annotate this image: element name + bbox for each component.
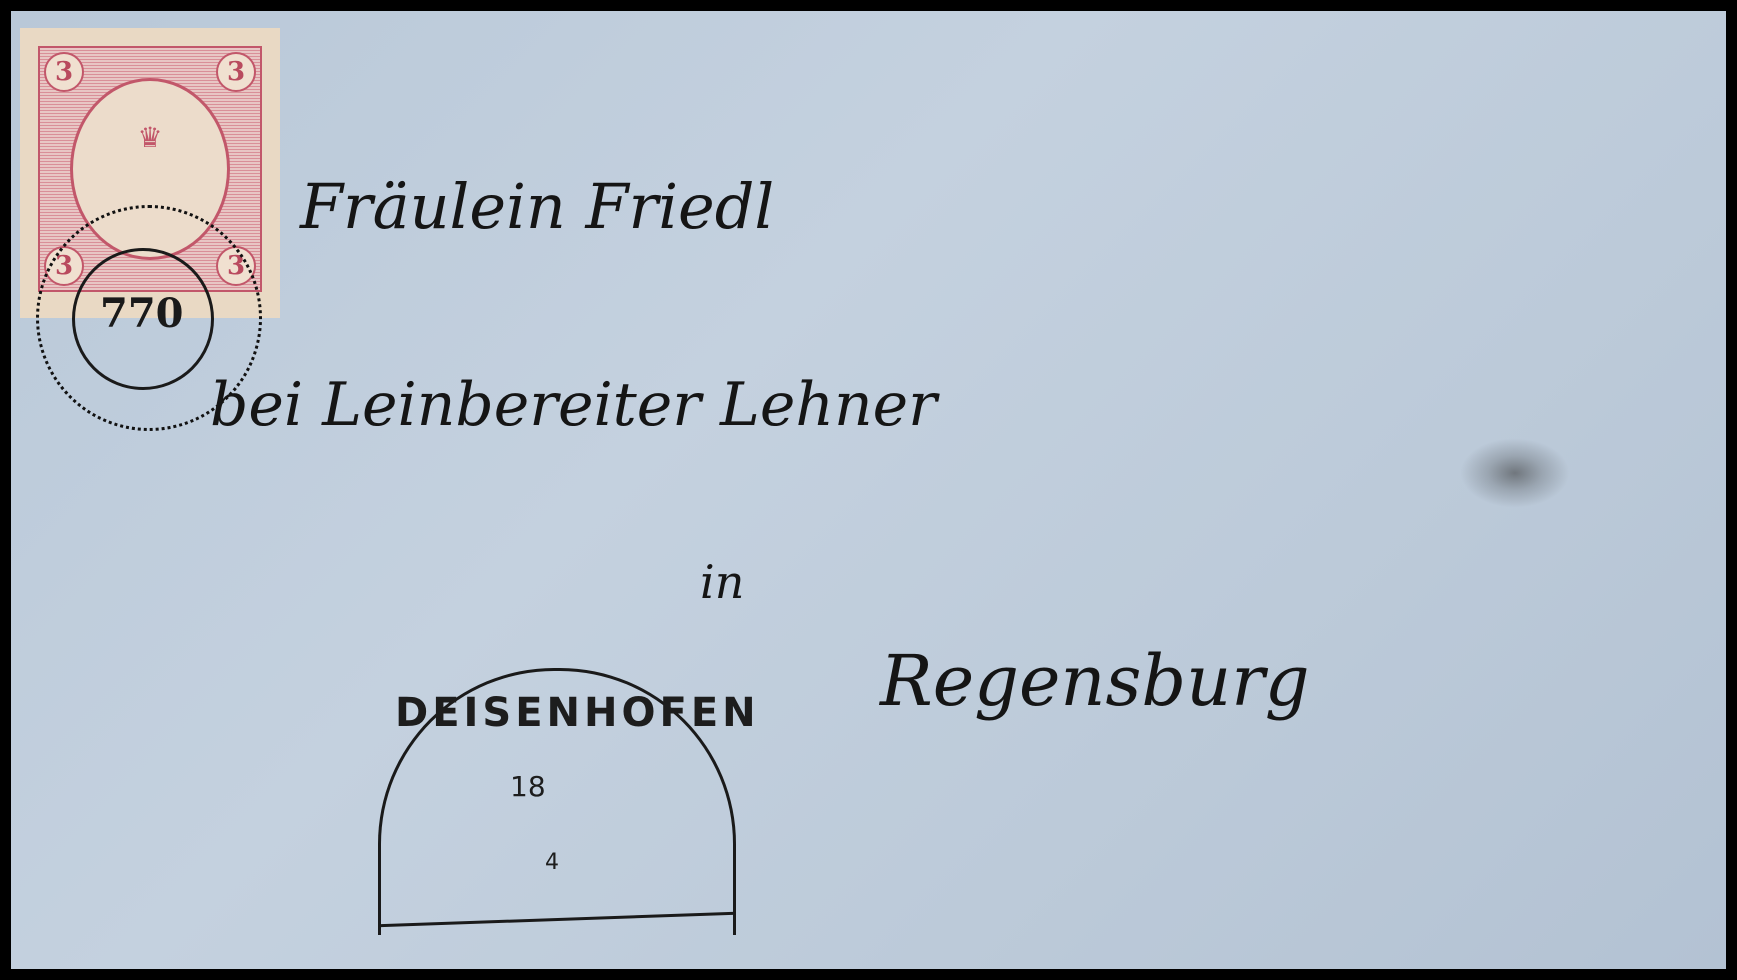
ink-smudge (1460, 438, 1570, 508)
crown-icon: ♛ (137, 121, 162, 154)
address-line-4: Regensburg (880, 640, 1310, 722)
datestamp-town: DEISENHOFEN (395, 690, 715, 736)
datestamp-month: 4 (545, 850, 559, 875)
cancel-number: 770 (100, 290, 184, 337)
datestamp-day: 18 (510, 770, 546, 803)
denomination-top-right: 3 (216, 52, 256, 92)
address-line-2: bei Leinbereiter Lehner (210, 370, 937, 440)
denomination-top-left: 3 (44, 52, 84, 92)
address-line-3: in (700, 555, 744, 609)
address-line-1: Fräulein Friedl (300, 170, 774, 243)
